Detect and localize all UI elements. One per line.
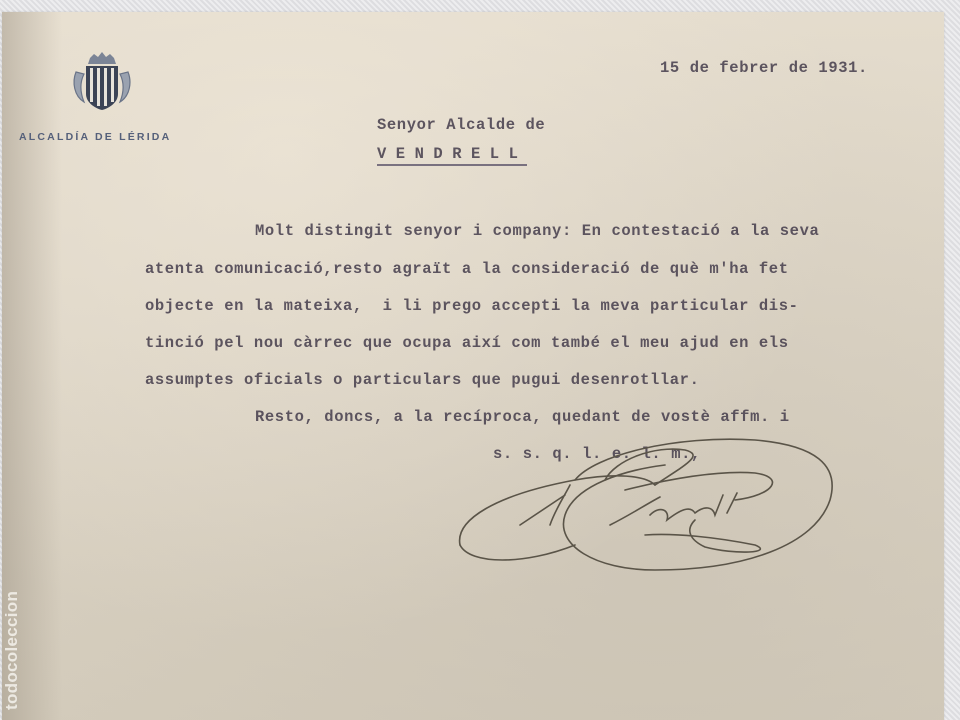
watermark-text: todocoleccion <box>2 591 22 710</box>
body-line: tinció pel nou càrrec que ocupa així com… <box>145 334 789 352</box>
closing-line: Resto, doncs, a la recíproca, quedant de… <box>255 408 790 426</box>
recipient-salutation: Senyor Alcalde de <box>377 116 545 134</box>
handwritten-signature <box>455 425 845 575</box>
letterhead-institution: ALCALDÍA DE LÉRIDA <box>19 131 171 143</box>
recipient-town: VENDRELL <box>377 145 527 166</box>
coat-of-arms-icon <box>70 50 134 112</box>
body-line: atenta comunicació,resto agraït a la con… <box>145 260 789 278</box>
body-line: assumptes oficials o particulars que pug… <box>145 371 699 389</box>
letter-date: 15 de febrer de 1931. <box>660 59 868 77</box>
body-line: Molt distingit senyor i company: En cont… <box>255 222 819 240</box>
body-line: objecte en la mateixa, i li prego accept… <box>145 297 799 315</box>
